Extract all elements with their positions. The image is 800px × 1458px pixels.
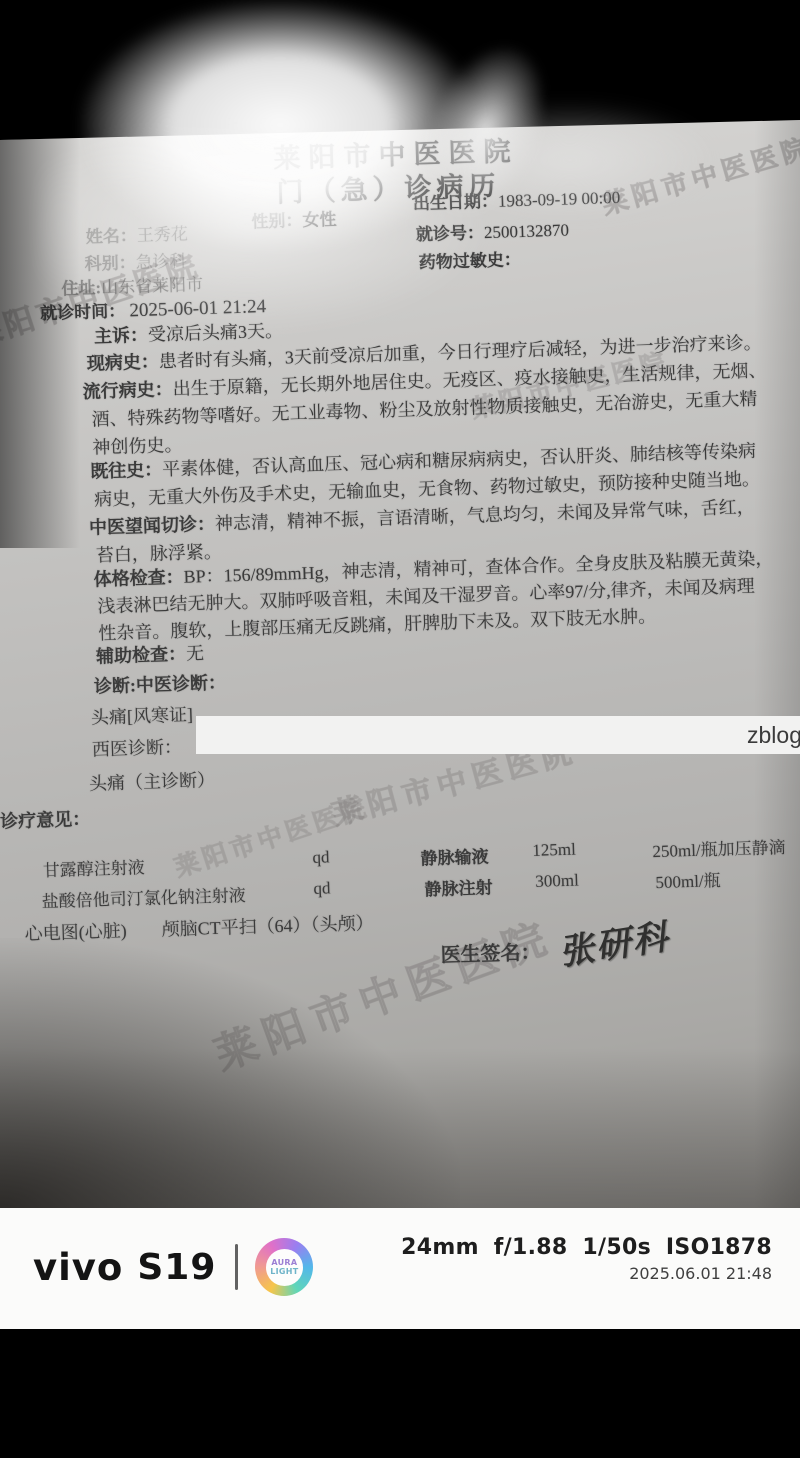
patient-name-label: 姓名： bbox=[86, 226, 138, 247]
divider bbox=[235, 1244, 238, 1290]
patient-name-value: 王秀花 bbox=[137, 224, 189, 245]
camera-info-group: 24mm f/1.88 1/50s ISO1878 2025.06.01 21:… bbox=[401, 1235, 772, 1283]
doctor-signature-handwriting: 张研科 bbox=[555, 909, 672, 975]
record-line: 诊疗意见： bbox=[0, 805, 91, 834]
photo-datetime: 2025.06.01 21:48 bbox=[401, 1264, 772, 1283]
document-photo: 莱阳市中医医院 莱阳市中医医院 莱阳市中医医院 莱阳市中医医院 莱阳市中医医院 … bbox=[0, 0, 800, 1208]
rx-route: 静脉注射 bbox=[424, 873, 493, 900]
birth-date-value: 1983-09-19 00:00 bbox=[498, 188, 621, 211]
record-line: 诊断:中医诊断： bbox=[94, 669, 227, 699]
drug-allergy-row: 药物过敏史： bbox=[418, 245, 521, 273]
visit-number-label: 就诊号： bbox=[416, 223, 485, 244]
rx-row: 甘露醇注射液 qd 静脉输液 125ml 250ml/瓶加压静滴 bbox=[7, 832, 800, 857]
exam-order-ecg: 心电图(心脏) bbox=[24, 917, 127, 946]
black-letterbox-bottom bbox=[0, 1329, 800, 1458]
record-label: 既往史： bbox=[90, 459, 163, 481]
record-text: 受凉后头痛3天。 bbox=[148, 321, 284, 345]
aura-light-label: AURA LIGHT bbox=[266, 1249, 303, 1286]
drug-allergy-label: 药物过敏史： bbox=[419, 250, 522, 272]
light-text: LIGHT bbox=[270, 1267, 298, 1276]
record-text: 头痛[风寒证] bbox=[91, 705, 194, 728]
camera-watermark-band: vivo S19 AURA LIGHT 24mm f/1.88 1/50s IS… bbox=[0, 1208, 800, 1329]
visit-number-row: 就诊号：2500132870 bbox=[416, 216, 570, 246]
birth-date-row: 出生日期：1983-09-19 00:00 bbox=[413, 183, 621, 214]
record-label: 现病史： bbox=[87, 351, 160, 373]
gender-label: 性别： bbox=[251, 211, 303, 232]
overlay-bar-text: zblog bbox=[747, 722, 800, 749]
record-label: 流行病史： bbox=[82, 379, 173, 402]
record-label: 辅助检查： bbox=[96, 644, 187, 667]
record-line: 头痛（主诊断） bbox=[89, 766, 216, 796]
rx-dose: 300ml bbox=[535, 871, 579, 892]
vivo-logo: vivo bbox=[33, 1246, 123, 1289]
record-text: 头痛（主诊断） bbox=[89, 770, 216, 794]
rx-dose: 125ml bbox=[532, 840, 576, 861]
visit-time-label: 就诊时间： bbox=[40, 301, 126, 323]
visit-number-value: 2500132870 bbox=[484, 221, 570, 243]
record-line: 西医诊断： bbox=[92, 733, 183, 762]
rx-route: 静脉输液 bbox=[420, 842, 489, 869]
gender-value: 女性 bbox=[302, 210, 337, 230]
rx-frequency: qd bbox=[312, 847, 330, 868]
record-label: 中医望闻切诊： bbox=[89, 514, 216, 538]
birth-date-label: 出生日期： bbox=[413, 192, 499, 214]
gender-row: 性别：女性 bbox=[251, 205, 337, 233]
address-label: 住址: bbox=[61, 278, 101, 298]
record-label: 诊疗意见： bbox=[0, 809, 90, 832]
record-label: 体格检查： bbox=[93, 567, 184, 590]
record-text: 中医诊断： bbox=[136, 673, 227, 696]
medical-record-paper: 莱阳市中医医院 莱阳市中医医院 莱阳市中医医院 莱阳市中医医院 莱阳市中医医院 … bbox=[0, 118, 800, 1208]
rx-drug-name: 盐酸倍他司汀氯化钠注射液 bbox=[41, 881, 246, 912]
doctor-signature-label: 医生签名： bbox=[440, 936, 541, 968]
aura-light-ring-icon: AURA LIGHT bbox=[255, 1238, 313, 1296]
department-value: 急诊科 bbox=[135, 252, 187, 273]
phone-model: S19 bbox=[137, 1247, 216, 1288]
rx-spec: 250ml/瓶加压静滴 bbox=[652, 833, 786, 862]
doctor-signature-row: 医生签名： 张研科 bbox=[10, 927, 800, 952]
department-label: 科别： bbox=[84, 253, 136, 274]
patient-name-row: 姓名：王秀花 bbox=[85, 219, 188, 247]
aura-text: AURA bbox=[271, 1258, 297, 1267]
rx-spec: 500ml/瓶 bbox=[655, 866, 721, 893]
record-line: 辅助检查：无 bbox=[96, 639, 205, 668]
exam-order-ct: 颅脑CT平扫（64）（头颅） bbox=[161, 909, 374, 942]
overlay-bar: zblog bbox=[196, 716, 800, 754]
record-label: 主诉： bbox=[94, 325, 149, 347]
camera-exif-info: 24mm f/1.88 1/50s ISO1878 bbox=[401, 1235, 772, 1260]
document-text-layer: 莱阳市中医医院 门（急）诊病历 姓名：王秀花 性别：女性 出生日期：1983-0… bbox=[0, 118, 800, 1208]
record-line: 头痛[风寒证] bbox=[91, 701, 194, 730]
record-text: 西医诊断： bbox=[92, 737, 183, 760]
rx-drug-name: 甘露醇注射液 bbox=[42, 853, 145, 881]
brand-group: vivo S19 AURA LIGHT bbox=[33, 1238, 313, 1296]
record-label: 诊断: bbox=[94, 675, 137, 696]
rx-frequency: qd bbox=[313, 878, 331, 899]
record-text: 无 bbox=[186, 643, 205, 664]
